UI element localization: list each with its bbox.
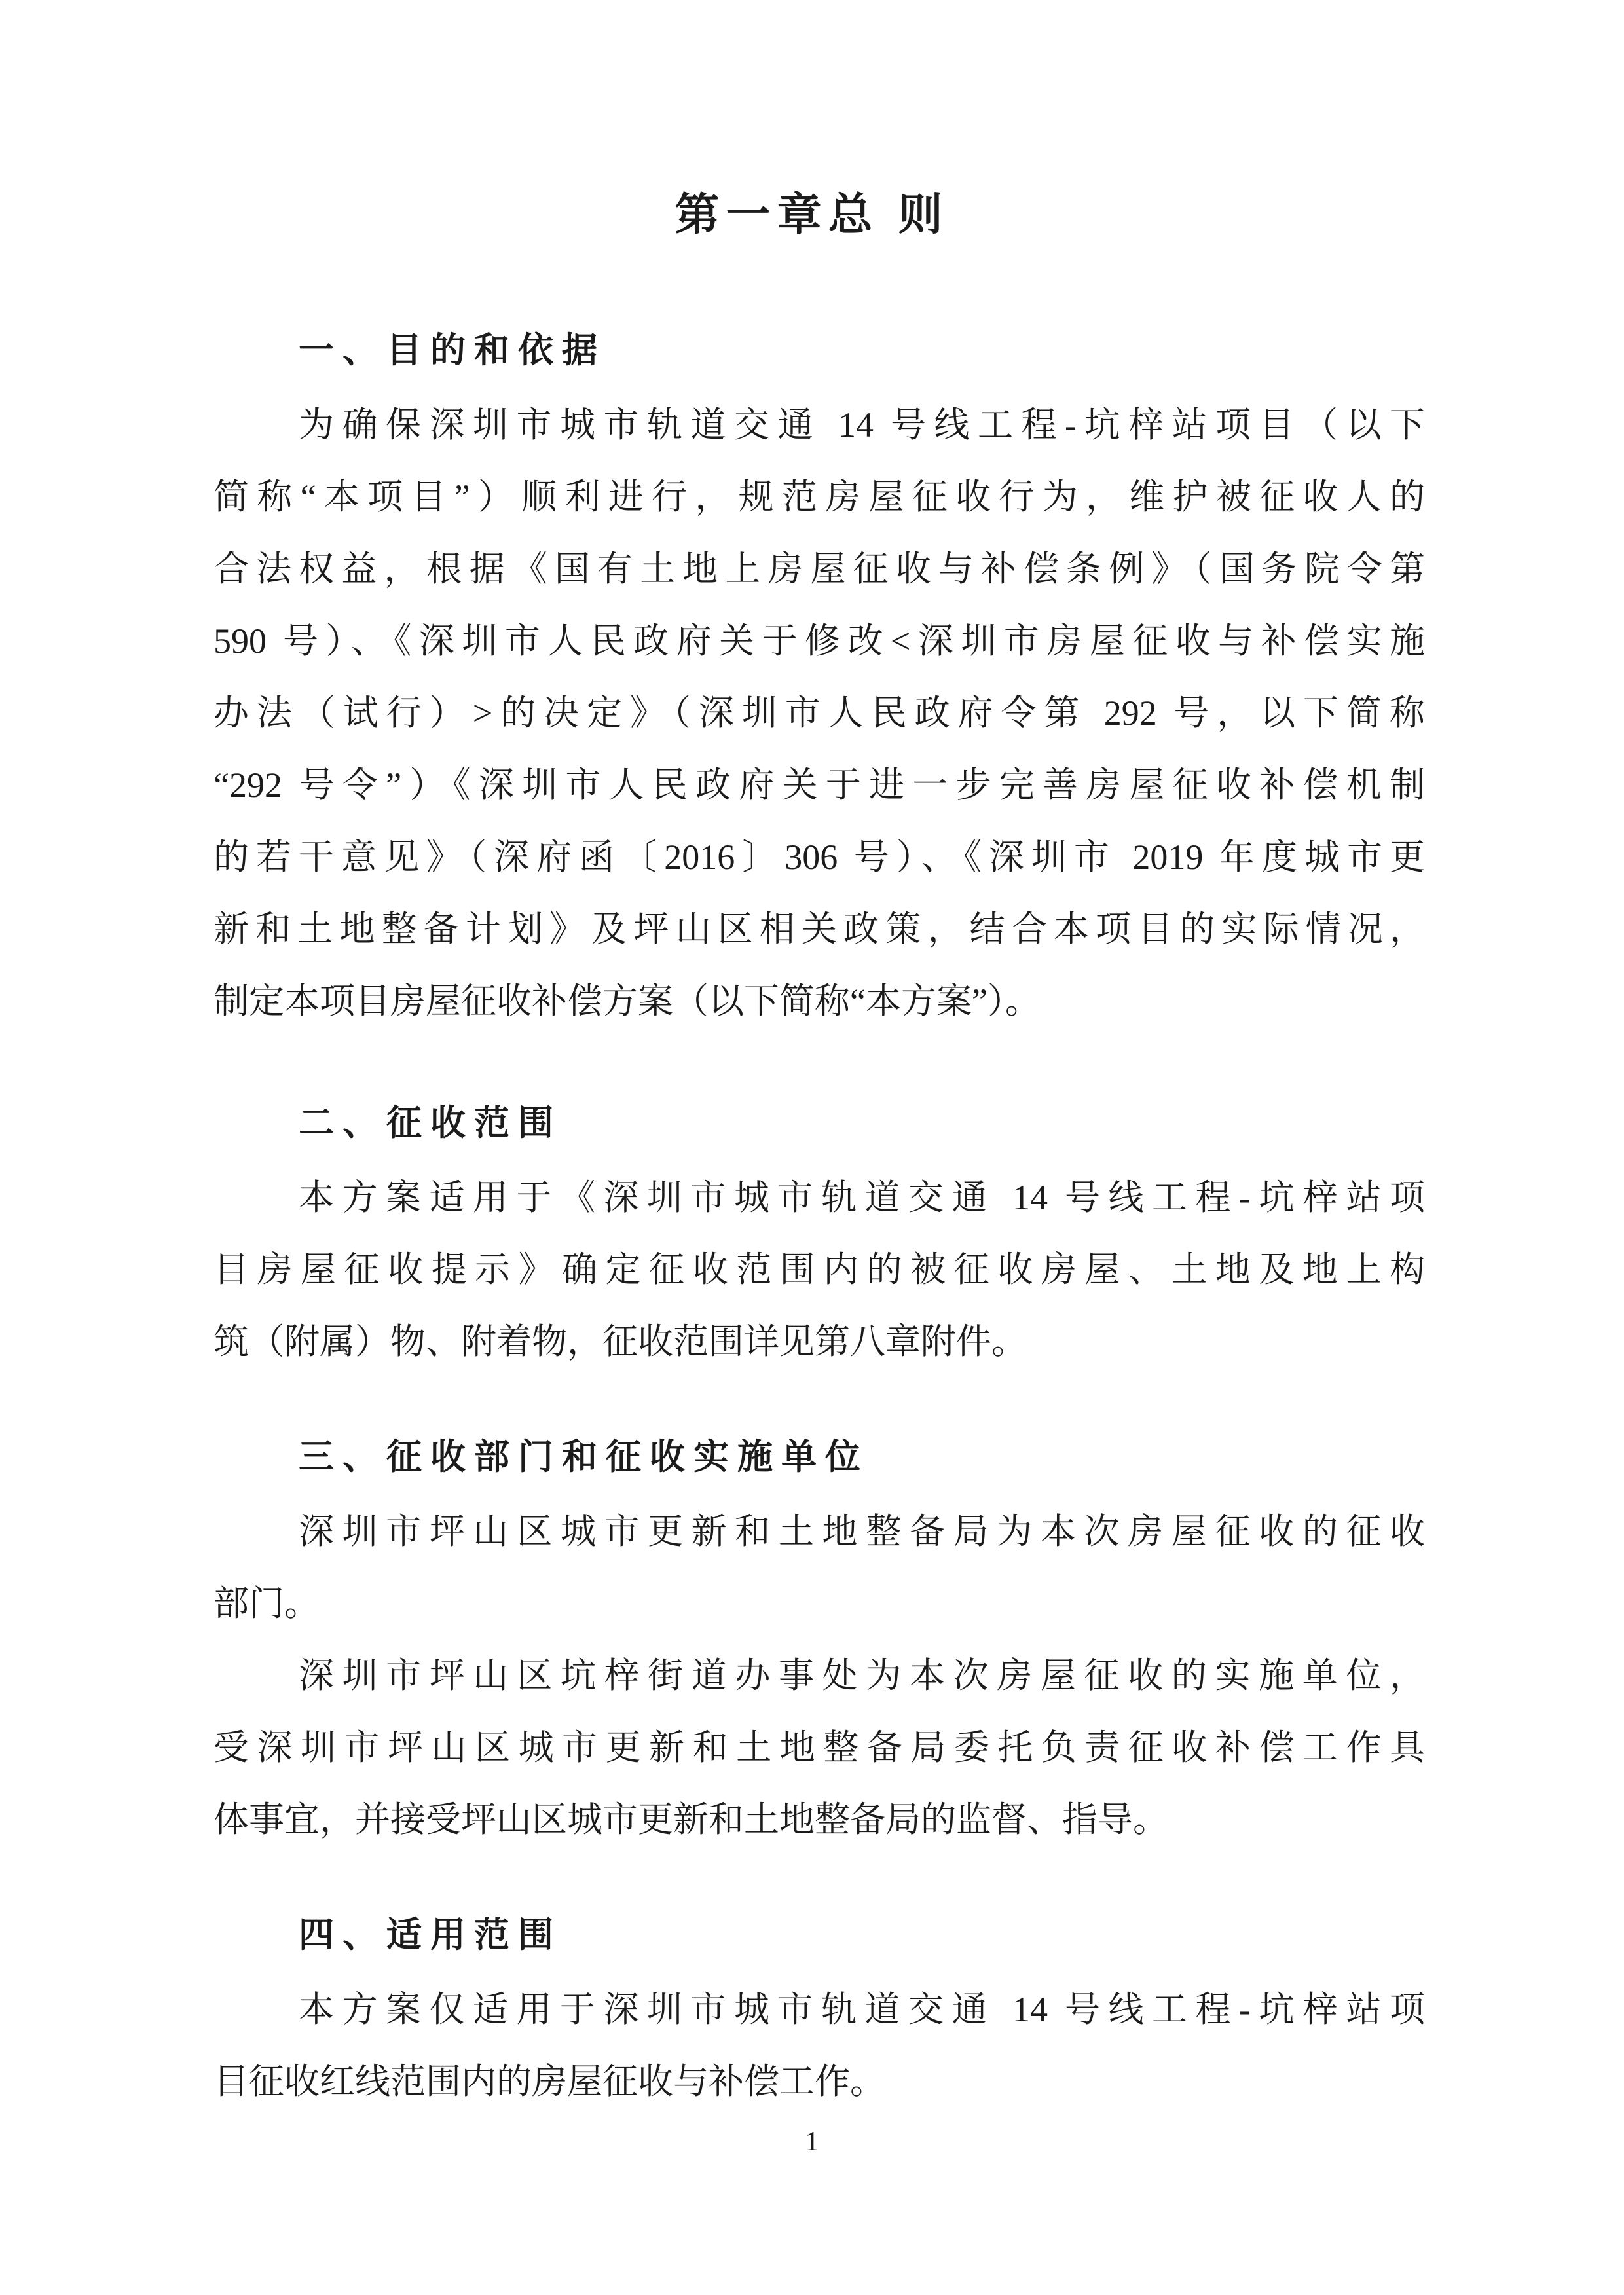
- page-number: 1: [0, 2128, 1624, 2156]
- text-line: 本方案适用于《深圳市城市轨道交通 14 号线工程-坑梓站项: [213, 1177, 1425, 1218]
- section-heading-expropriation-scope: 二、征收范围: [299, 1105, 562, 1141]
- text-line: 目房屋征收提示》确定征收范围内的被征收房屋、土地及地上构: [213, 1249, 1425, 1290]
- document-page: 第一章总 则 一、目的和依据 为确保深圳市城市轨道交通 14 号线工程-坑梓站项…: [0, 0, 1624, 2295]
- text-line: 深圳市坪山区坑梓街道办事处为本次房屋征收的实施单位，: [213, 1655, 1425, 1696]
- text-line: 受深圳市坪山区城市更新和土地整备局委托负责征收补偿工作具: [213, 1727, 1425, 1768]
- text-line: 新和土地整备计划》及坪山区相关政策，结合本项目的实际情况，: [213, 909, 1425, 949]
- text-line: 简称“本项目”）顺利进行，规范房屋征收行为，维护被征收人的: [213, 477, 1425, 517]
- chapter-title: 第一章总 则: [0, 193, 1624, 237]
- section-heading-departments-and-units: 三、征收部门和征收实施单位: [299, 1439, 869, 1475]
- text-line: 590 号）、《深圳市人民政府关于修改<深圳市房屋征收与补偿实施: [213, 621, 1425, 661]
- section-heading-purpose-and-basis: 一、目的和依据: [299, 333, 606, 368]
- text-line: 办法（试行）>的决定》（深圳市人民政府令第 292 号，以下简称: [213, 693, 1425, 733]
- section-heading-applicable-scope: 四、适用范围: [299, 1917, 562, 1953]
- text-line: 为确保深圳市城市轨道交通 14 号线工程-坑梓站项目（以下: [213, 405, 1425, 445]
- text-line: 合法权益，根据《国有土地上房屋征收与补偿条例》（国务院令第: [213, 549, 1425, 589]
- text-line: 目征收红线范围内的房屋征收与补偿工作。: [213, 2061, 1425, 2102]
- text-line: 体事宜，并接受坪山区城市更新和土地整备局的监督、指导。: [213, 1799, 1425, 1840]
- text-line: 筑（附属）物、附着物，征收范围详见第八章附件。: [213, 1321, 1425, 1362]
- text-line: 的若干意见》（深府函〔2016〕306 号）、《深圳市 2019 年度城市更: [213, 837, 1425, 877]
- text-line: 制定本项目房屋征收补偿方案（以下简称“本方案”）。: [213, 981, 1425, 1021]
- text-line: 本方案仅适用于深圳市城市轨道交通 14 号线工程-坑梓站项: [213, 1989, 1425, 2030]
- text-line: 部门。: [213, 1583, 1425, 1624]
- text-line: “292 号令”）《深圳市人民政府关于进一步完善房屋征收补偿机制: [213, 765, 1425, 805]
- text-line: 深圳市坪山区城市更新和土地整备局为本次房屋征收的征收: [213, 1511, 1425, 1552]
